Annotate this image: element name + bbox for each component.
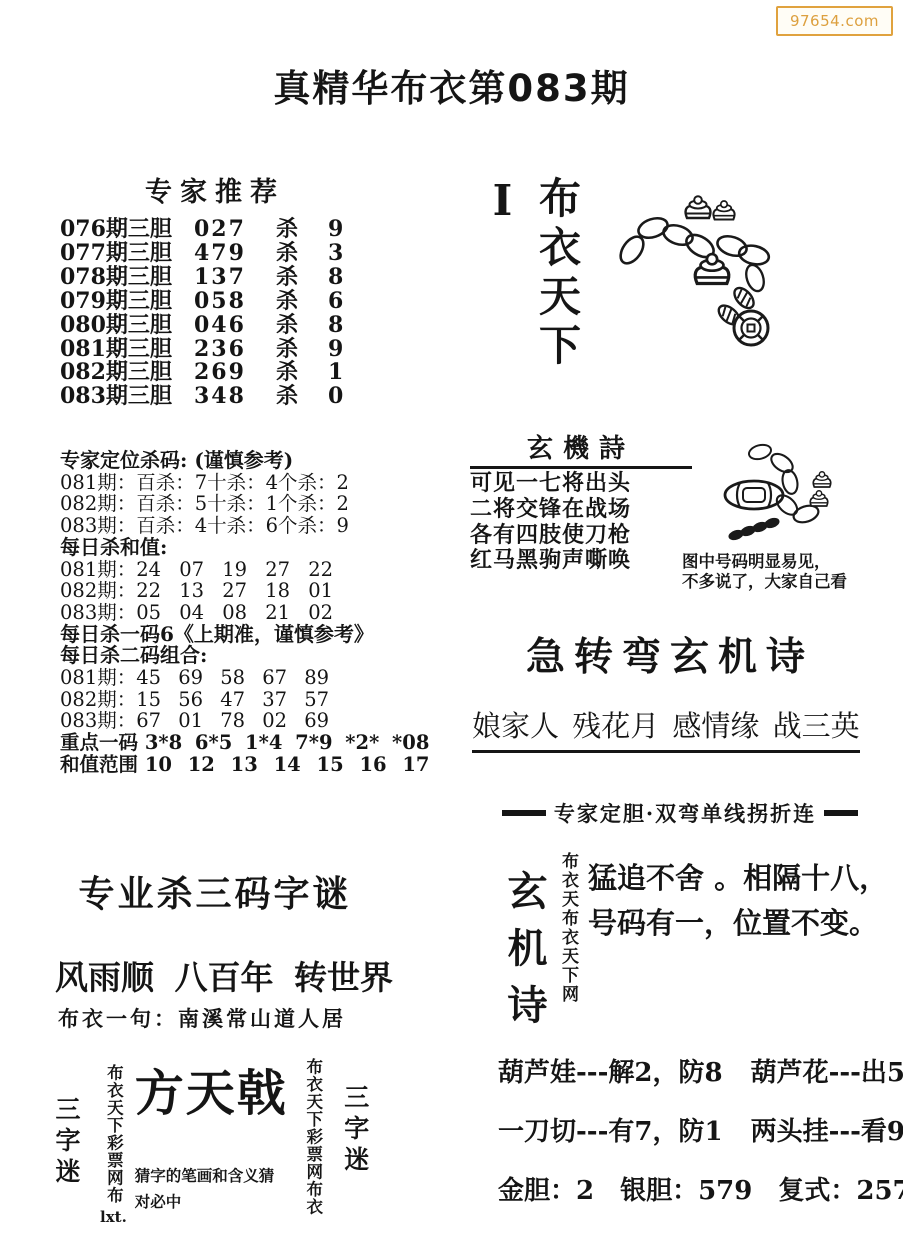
three-char-label-right: 三字迷: [337, 1084, 373, 1234]
beans-ingots-small-drawing: [710, 438, 840, 548]
kill-number: 8: [328, 266, 348, 290]
position-kill-row: 081期：百杀：7十杀：4个杀：2: [60, 472, 405, 494]
dan-numbers: 479: [194, 242, 276, 266]
period-label: 081期三胆: [60, 338, 194, 362]
expert-row: 080期三胆046杀8: [60, 314, 370, 338]
expert-row: 083期三胆348杀0: [60, 385, 370, 409]
buyi-tianxia-vertical-title: 布衣天下I: [478, 176, 587, 416]
gourd-tip: 一刀切---有7，防1: [498, 1111, 723, 1148]
period-label: 083期：: [60, 514, 136, 537]
dingdan-vertical-title: 玄机诗: [496, 870, 553, 1060]
period-label: 083期：: [60, 601, 136, 624]
dingdan-line: 号码有一，位置不变。: [588, 901, 888, 946]
period-label: 076期三胆: [60, 218, 194, 242]
gourd-tip: 两头挂---看9: [751, 1111, 903, 1148]
dingdan-section: 玄机诗 布衣天布衣天下网 猛追不舍 。相隔十八， 号码有一，位置不变。: [492, 846, 892, 1046]
three-code-riddle-line: 风雨顺 八百年 转世界: [55, 952, 395, 999]
site-watermark-badge: 97654.com: [776, 6, 893, 36]
expert-recommend-header: 专家推荐: [60, 170, 370, 209]
period-label: 077期三胆: [60, 242, 194, 266]
dingdan-line: 猛追不舍 。相隔十八，: [588, 856, 888, 901]
key-one-label: 重点一码: [60, 731, 138, 754]
three-char-riddle-section: 三字迷 布衣天下彩票网布 lxt. 方天戟 猜字的笔画和含义猜 对必中 布衣天下…: [48, 1050, 378, 1246]
beans-ingots-coin-drawing: [608, 188, 788, 353]
site-column-right: 布衣天下彩票网布衣: [301, 1058, 325, 1223]
dan-numbers: 269: [194, 361, 276, 385]
site-tail-text: lxt.: [100, 1208, 127, 1226]
period-label: 082期：: [60, 579, 136, 602]
kill-number: 8: [328, 314, 348, 338]
period-label: 078期三胆: [60, 266, 194, 290]
site-column-left: 布衣天下彩票网布 lxt.: [100, 1064, 127, 1246]
expert-row: 082期三胆269杀1: [60, 361, 370, 385]
sketch-note: 图中号码明显易见， 不多说了，大家自己看: [682, 552, 897, 592]
expert-row: 078期三胆137杀8: [60, 266, 370, 290]
three-code-riddle-header: 专业杀三码字谜: [60, 866, 370, 917]
silver-dan: 银胆：579: [620, 1170, 752, 1207]
riddle-hint-2: 对必中: [135, 1190, 295, 1212]
dan-numbers: 058: [194, 290, 276, 314]
kill-label: 杀: [276, 361, 328, 385]
kill-number: 9: [328, 338, 348, 362]
kill-number: 6: [328, 290, 348, 314]
period-label: 082期三胆: [60, 361, 194, 385]
position-kill-header: 专家定位杀码: (谨慎参考): [60, 450, 405, 472]
pair-values: 45 69 58 67 89: [136, 666, 329, 689]
dan-numbers: 027: [194, 218, 276, 242]
daily-two-row: 081期：45 69 58 67 89: [60, 667, 405, 689]
riddle-answer-column: 方天戟 猜字的笔画和含义猜 对必中: [135, 1050, 295, 1246]
kill-label: 杀: [276, 385, 328, 409]
key-one-code-row: 重点一码 3*8 6*5 1*4 7*9 *2* *08: [60, 732, 405, 754]
gourd-row: 葫芦娃---解2，防8 葫芦花---出5: [498, 1052, 878, 1089]
period-label: 083期三胆: [60, 385, 194, 409]
period-label: 081期：: [60, 471, 136, 494]
gourd-tips-section: 葫芦娃---解2，防8 葫芦花---出5 一刀切---有7，防1 两头挂---看…: [498, 1052, 878, 1207]
sum-values: 05 04 08 21 02: [136, 601, 333, 624]
expert-row: 076期三胆027杀9: [60, 218, 370, 242]
site-vertical-text: 布衣天下彩票网布: [101, 1064, 125, 1206]
gold-ingot-icon: [695, 254, 729, 283]
kill-label: 杀: [276, 290, 328, 314]
dingdan-vertical-site: 布衣天布衣天下网: [556, 852, 581, 1042]
daily-sum-row: 082期：22 13 27 18 01: [60, 580, 405, 602]
sum-values: 24 07 19 27 22: [136, 558, 333, 581]
dan-summary-row: 金胆：2 银胆：579 复式：25789 (1): [498, 1170, 878, 1207]
coin-icon: [734, 311, 768, 345]
lottery-prediction-sheet: 97654.com 真精华布衣第083期 专家推荐 076期三胆027杀9 07…: [0, 0, 903, 1257]
double-line-left: [502, 810, 546, 816]
sharp-turn-header: 急转弯玄机诗: [460, 626, 880, 682]
period-label: 082期：: [60, 688, 136, 711]
gold-ingot-icon: [713, 201, 734, 220]
kill-number: 9: [328, 218, 348, 242]
expert-row: 079期三胆058杀6: [60, 290, 370, 314]
dingdan-header-row: 专家定胆·双弯单线拐折连: [470, 798, 890, 828]
poem-line: 红马黑驹声嘶唤: [470, 550, 692, 572]
position-kill-row: 083期：百杀：4十杀：6个杀：9: [60, 515, 405, 537]
kill-label: 杀: [276, 314, 328, 338]
kill-label: 杀: [276, 338, 328, 362]
dan-numbers: 348: [194, 385, 276, 409]
period-label: 081期：: [60, 666, 136, 689]
xuanji-poem-header: 玄機詩: [470, 428, 692, 469]
expert-row: 077期三胆479杀3: [60, 242, 370, 266]
dingdan-text: 猛追不舍 。相隔十八， 号码有一，位置不变。: [588, 856, 888, 946]
gourd-row: 一刀切---有7，防1 两头挂---看9: [498, 1111, 878, 1148]
kill-values: 百杀：4十杀：6个杀：9: [136, 514, 349, 537]
period-label: 083期：: [60, 709, 136, 732]
bean-icon: [747, 443, 772, 462]
position-kill-row: 082期：百杀：5十杀：1个杀：2: [60, 493, 405, 515]
kill-number: 0: [328, 385, 348, 409]
expert-row: 081期三胆236杀9: [60, 338, 370, 362]
kill-label: 杀: [276, 218, 328, 242]
daily-two-header: 每日杀二码组合:: [60, 645, 405, 667]
page-title: 真精华布衣第083期: [0, 58, 903, 112]
gold-ingot-icon: [810, 491, 828, 506]
pair-values: 67 01 78 02 69: [136, 709, 329, 732]
riddle-answer: 方天戟: [135, 1064, 295, 1122]
daily-sum-header: 每日杀和值:: [60, 537, 405, 559]
daily-sum-row: 081期：24 07 19 27 22: [60, 559, 405, 581]
sum-range-values: 10 12 13 14 15 16 17: [145, 753, 430, 776]
dan-numbers: 236: [194, 338, 276, 362]
period-label: 079期三胆: [60, 290, 194, 314]
three-char-label-left: 三字迷: [48, 1096, 84, 1246]
sum-range-row: 和值范围 10 12 13 14 15 16 17: [60, 754, 405, 776]
dan-numbers: 137: [194, 266, 276, 290]
daily-sum-row: 083期：05 04 08 21 02: [60, 602, 405, 624]
expert-recommend-section: 专家推荐 076期三胆027杀9 077期三胆479杀3 078期三胆137杀8…: [60, 170, 370, 409]
riddle-hint-1: 猜字的笔画和含义猜: [135, 1164, 295, 1186]
dan-numbers: 046: [194, 314, 276, 338]
poem-line: 各有四肢使刀枪: [470, 525, 692, 547]
kill-label: 杀: [276, 242, 328, 266]
double-line-right: [824, 810, 858, 816]
sharp-turn-riddle-line: 娘家人 残花月 感情缘 战三英: [472, 704, 860, 753]
kill-number: 1: [328, 361, 348, 385]
daily-one-code-line: 每日杀一码6《上期准，谨慎参考》: [60, 624, 405, 646]
kill-values: 百杀：5十杀：1个杀：2: [136, 492, 349, 515]
poem-line: 可见一七将出头: [470, 473, 692, 495]
bean-icon: [743, 263, 767, 294]
poem-line: 二将交锋在战场: [470, 499, 692, 521]
kill-number: 3: [328, 242, 348, 266]
period-label: 080期三胆: [60, 314, 194, 338]
gourd-tip: 葫芦花---出5: [751, 1052, 903, 1089]
period-label: 082期：: [60, 492, 136, 515]
buyi-sentence: 布衣一句：南溪常山道人居: [58, 1003, 346, 1033]
note-line: 图中号码明显易见，: [682, 552, 897, 572]
kill-label: 杀: [276, 266, 328, 290]
sum-range-label: 和值范围: [60, 753, 138, 776]
period-label: 081期：: [60, 558, 136, 581]
large-pod-icon: [725, 481, 783, 509]
gold-dan: 金胆：2: [498, 1170, 594, 1207]
compound: 复式：25789 (1): [778, 1170, 903, 1207]
kill-values: 百杀：7十杀：4个杀：2: [136, 471, 349, 494]
sum-values: 22 13 27 18 01: [136, 579, 333, 602]
bead-chain-icon: [728, 517, 780, 541]
xuanji-poem-section: 玄機詩 可见一七将出头 二将交锋在战场 各有四肢使刀枪 红马黑驹声嘶唤: [470, 428, 692, 572]
dingdan-header-text: 专家定胆·双弯单线拐折连: [554, 798, 816, 828]
gold-ingot-icon: [813, 472, 831, 487]
position-kill-section: 专家定位杀码: (谨慎参考) 081期：百杀：7十杀：4个杀：2 082期：百杀…: [60, 450, 405, 776]
key-one-values: 3*8 6*5 1*4 7*9 *2* *08: [145, 731, 430, 754]
note-line: 不多说了，大家自己看: [682, 572, 897, 592]
gourd-tip: 葫芦娃---解2，防8: [498, 1052, 723, 1089]
daily-two-row: 082期：15 56 47 37 57: [60, 689, 405, 711]
daily-two-row: 083期：67 01 78 02 69: [60, 710, 405, 732]
gold-ingot-icon: [686, 196, 711, 218]
pair-values: 15 56 47 37 57: [136, 688, 329, 711]
